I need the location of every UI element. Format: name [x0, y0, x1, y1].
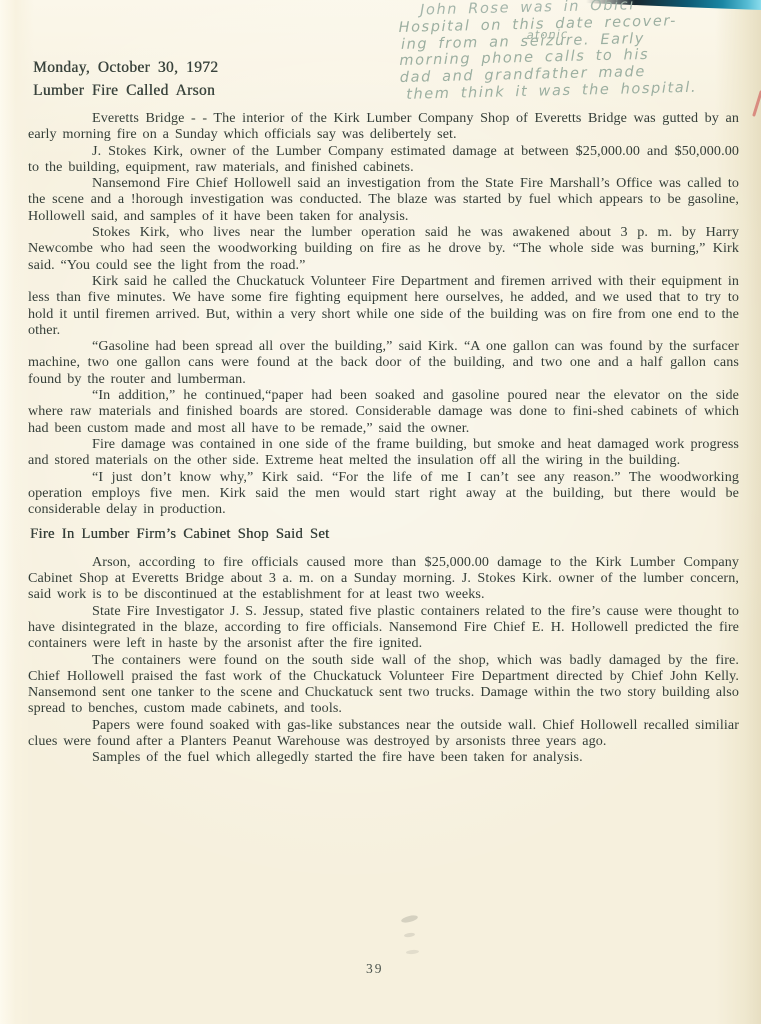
article-body: Everetts Bridge - - The interior of the … — [28, 110, 739, 766]
paragraph: State Fire Investigator J. S. Jessup, st… — [28, 603, 739, 652]
paragraph: “In addition,” he continued,“paper had b… — [28, 387, 739, 436]
paragraph: “I just don’t know why,” Kirk said. “For… — [28, 469, 739, 518]
paragraph: Papers were found soaked with gas-like s… — [28, 717, 739, 750]
paragraph: Everetts Bridge - - The interior of the … — [28, 110, 739, 143]
paragraph: Arson, according to fire officials cause… — [28, 554, 739, 603]
ink-smudge — [406, 949, 419, 954]
ink-smudge — [404, 932, 415, 937]
scanned-scrapbook-page: John Rose was in Obici Hospital on this … — [0, 0, 761, 1024]
paragraph: J. Stokes Kirk, owner of the Lumber Comp… — [28, 143, 739, 176]
handwritten-note: John Rose was in Obici Hospital on this … — [398, 0, 761, 104]
paragraph: “Gasoline had been spread all over the b… — [28, 338, 739, 387]
paragraph: Fire damage was contained in one side of… — [28, 436, 739, 469]
article1-title: Lumber Fire Called Arson — [33, 79, 218, 102]
paragraph: Nansemond Fire Chief Hollowell said an i… — [28, 175, 739, 224]
article-header: Monday, October 30, 1972 Lumber Fire Cal… — [33, 56, 218, 102]
handwritten-insertion-word: atonic — [527, 26, 569, 44]
paragraph: Stokes Kirk, who lives near the lumber o… — [28, 224, 739, 273]
ink-smudge — [401, 914, 419, 924]
paragraph: The containers were found on the south s… — [28, 652, 739, 717]
paragraph: Samples of the fuel which allegedly star… — [28, 749, 739, 765]
article-date: Monday, October 30, 1972 — [33, 56, 218, 79]
paragraph: Kirk said he called the Chuckatuck Volun… — [28, 273, 739, 338]
page-number: 39 — [366, 961, 384, 977]
article2-title: Fire In Lumber Firm’s Cabinet Shop Said … — [30, 526, 739, 542]
